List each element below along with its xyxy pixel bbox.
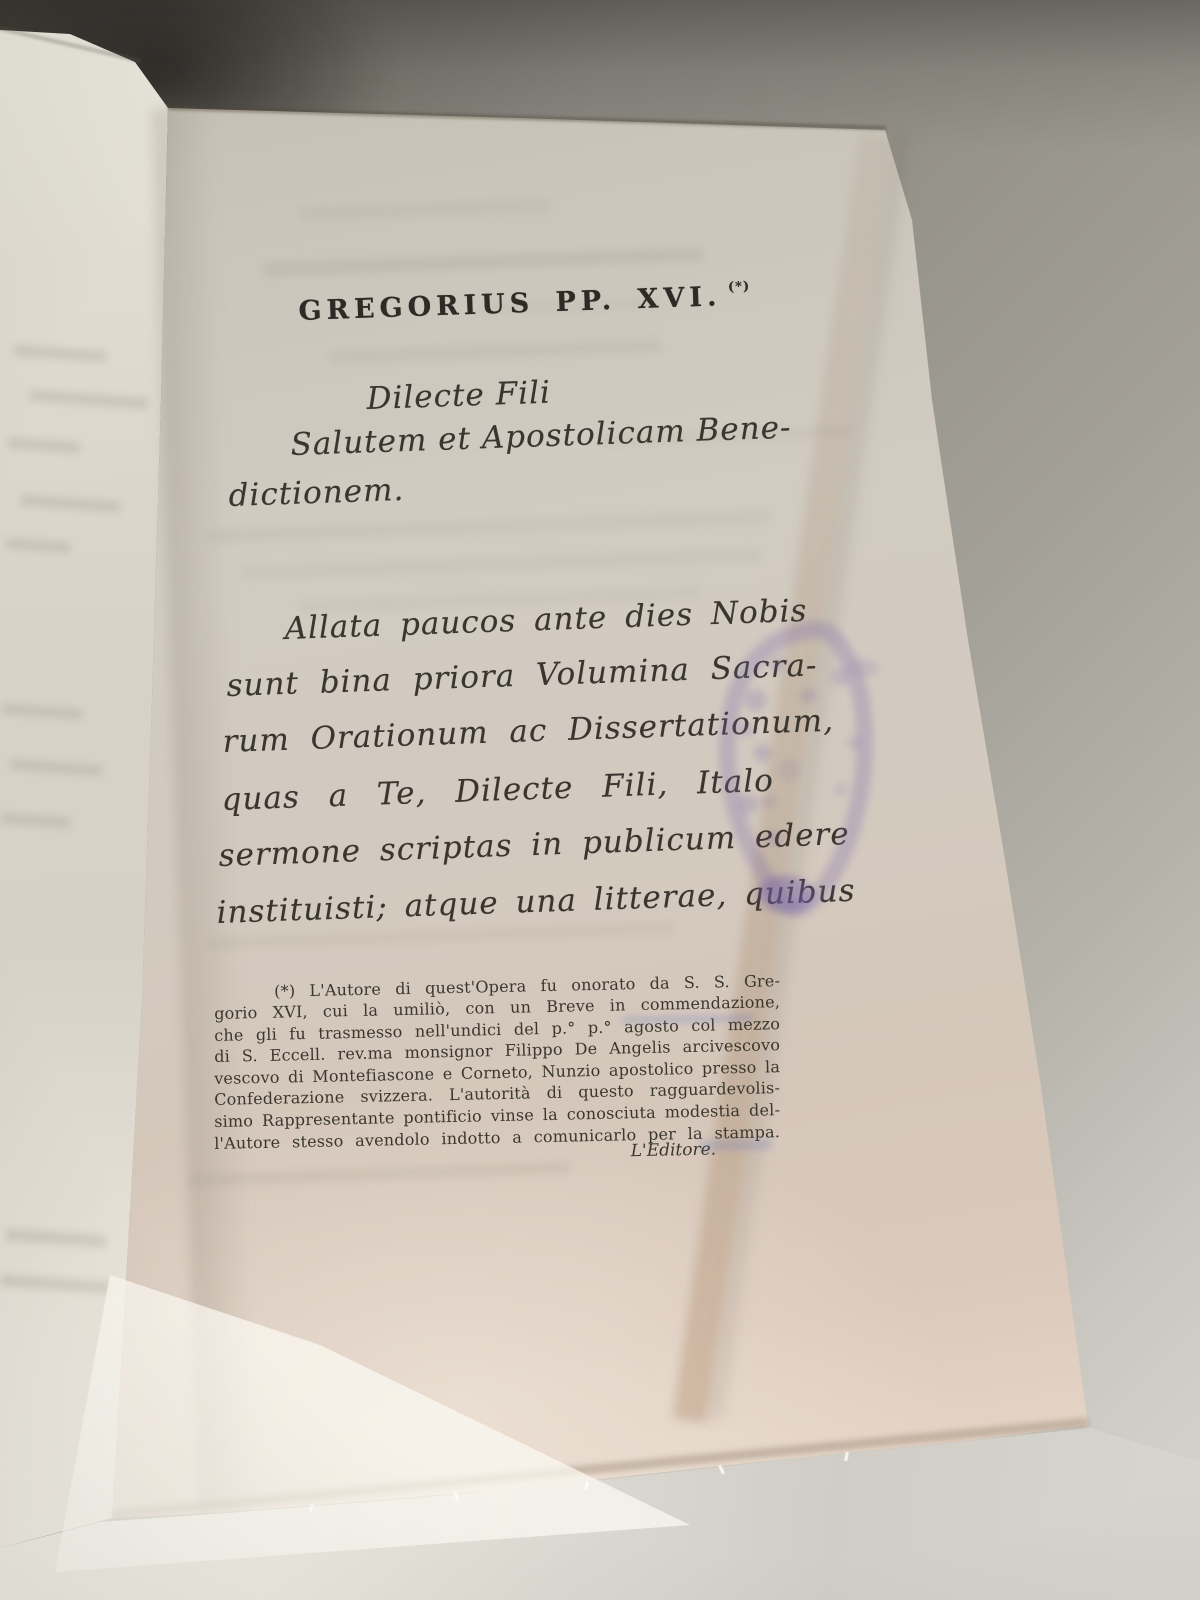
salutation-line-1: Dilecte Fili [366, 375, 551, 417]
heading-footnote-mark: (*) [728, 279, 751, 295]
faded-ink-stamp [685, 600, 928, 950]
ink-smudge [700, 1139, 772, 1150]
photo-scene: GREGORIUS PP. XVI.(*) Dilecte Fili Salut… [0, 0, 1200, 1600]
salutation-line-3: dictionem. [228, 472, 405, 514]
